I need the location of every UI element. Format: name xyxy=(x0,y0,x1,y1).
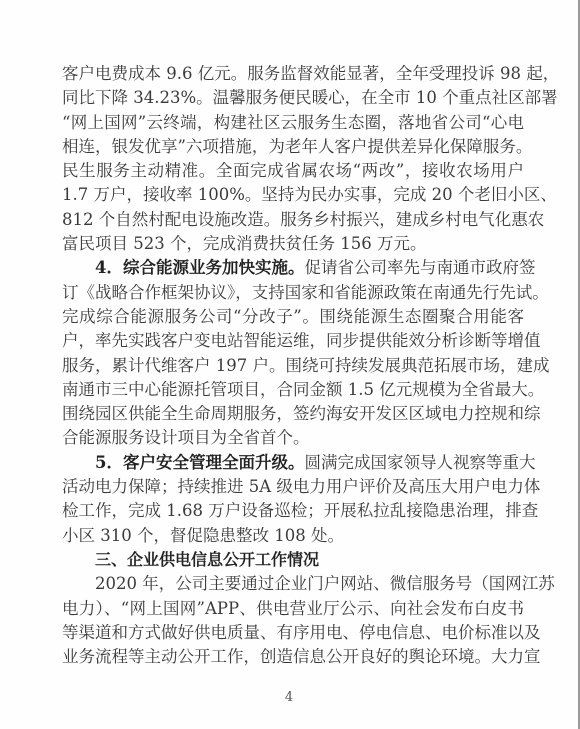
paragraph-line: 南通市三中心能源托管项目，合同金额 1.5 亿元规模为全省最大。 xyxy=(62,378,524,402)
document-page: 客户电费成本 9.6 亿元。服务监督效能显著，全年受理投诉 98 起， 同比下降… xyxy=(0,0,578,729)
paragraph-line: 服务，累计代维客户 197 户。围绕可持续发展典范拓展市场，建成 xyxy=(62,354,524,378)
section-4-first-line: 4．综合能源业务加快实施。促请省公司率先与南通市政府签 xyxy=(62,256,524,280)
paragraph-line: 相连，银发优享”六项措施，为老年人客户提供差异化保障服务。 xyxy=(62,135,524,159)
paragraph-line: “网上国网”云终端，构建社区云服务生态圈，落地省公司“心电 xyxy=(62,111,524,135)
paragraph-line: 小区 310 个，督促隐患整改 108 处。 xyxy=(62,524,524,548)
section-5-first-line: 5．客户安全管理全面升级。圆满完成国家领导人视察等重大 xyxy=(62,451,524,475)
paragraph-line: 客户电费成本 9.6 亿元。服务监督效能显著，全年受理投诉 98 起， xyxy=(62,62,524,86)
section-5-title: 5．客户安全管理全面升级。 xyxy=(95,453,304,472)
paragraph-line: 合能源服务设计项目为全省首个。 xyxy=(62,426,524,450)
paragraph-line: 活动电力保障；持续推进 5A 级电力用户评价及高压大用户电力体 xyxy=(62,475,524,499)
paragraph-line: 2020 年，公司主要通过企业门户网站、微信服务号（国网江苏 xyxy=(62,572,524,596)
section-5-lead: 圆满完成国家领导人视察等重大 xyxy=(304,453,535,472)
section-heading: 三、企业供电信息公开工作情况 xyxy=(62,548,524,572)
paragraph-line: 户，率先实践客户变电站智能运维，同步提供能效分析诊断等增值 xyxy=(62,329,524,353)
paragraph-line: 812 个自然村配电设施改造。服务乡村振兴，建成乡村电气化惠农 xyxy=(62,208,524,232)
section-4-title: 4．综合能源业务加快实施。 xyxy=(95,258,304,277)
paragraph-line: 富民项目 523 个，完成消费扶贫任务 156 万元。 xyxy=(62,232,524,256)
paragraph-line: 订《战略合作框架协议》，支持国家和省能源政策在南通先行先试。 xyxy=(62,281,524,305)
page-body: 客户电费成本 9.6 亿元。服务监督效能显著，全年受理投诉 98 起， 同比下降… xyxy=(62,62,524,669)
paragraph-line: 业务流程等主动公开工作，创造信息公开良好的舆论环境。大力宣 xyxy=(62,645,524,669)
paragraph-line: 1.7 万户，接收率 100%。坚持为民办实事，完成 20 个老旧小区、 xyxy=(62,183,524,207)
paragraph-line: 民生服务主动精准。全面完成省属农场“两改”，接收农场用户 xyxy=(62,159,524,183)
paragraph-line: 等渠道和方式做好供电质量、有序用电、停电信息、电价标准以及 xyxy=(62,621,524,645)
paragraph-line: 同比下降 34.23%。温馨服务便民暖心，在全市 10 个重点社区部署 xyxy=(62,86,524,110)
paragraph-line: 围绕园区供能全生命周期服务，签约海安开发区区域电力控规和综 xyxy=(62,402,524,426)
paragraph-line: 检工作，完成 1.68 万户设备巡检；开展私拉乱接隐患治理，排查 xyxy=(62,499,524,523)
page-number: 4 xyxy=(0,690,578,705)
section-4-lead: 促请省公司率先与南通市政府签 xyxy=(304,258,535,277)
paragraph-line: 电力）、“网上国网”APP、供电营业厅公示、向社会发布白皮书 xyxy=(62,597,524,621)
paragraph-line: 完成综合能源服务公司“分改子”。围绕能源生态圈聚合用能客 xyxy=(62,305,524,329)
